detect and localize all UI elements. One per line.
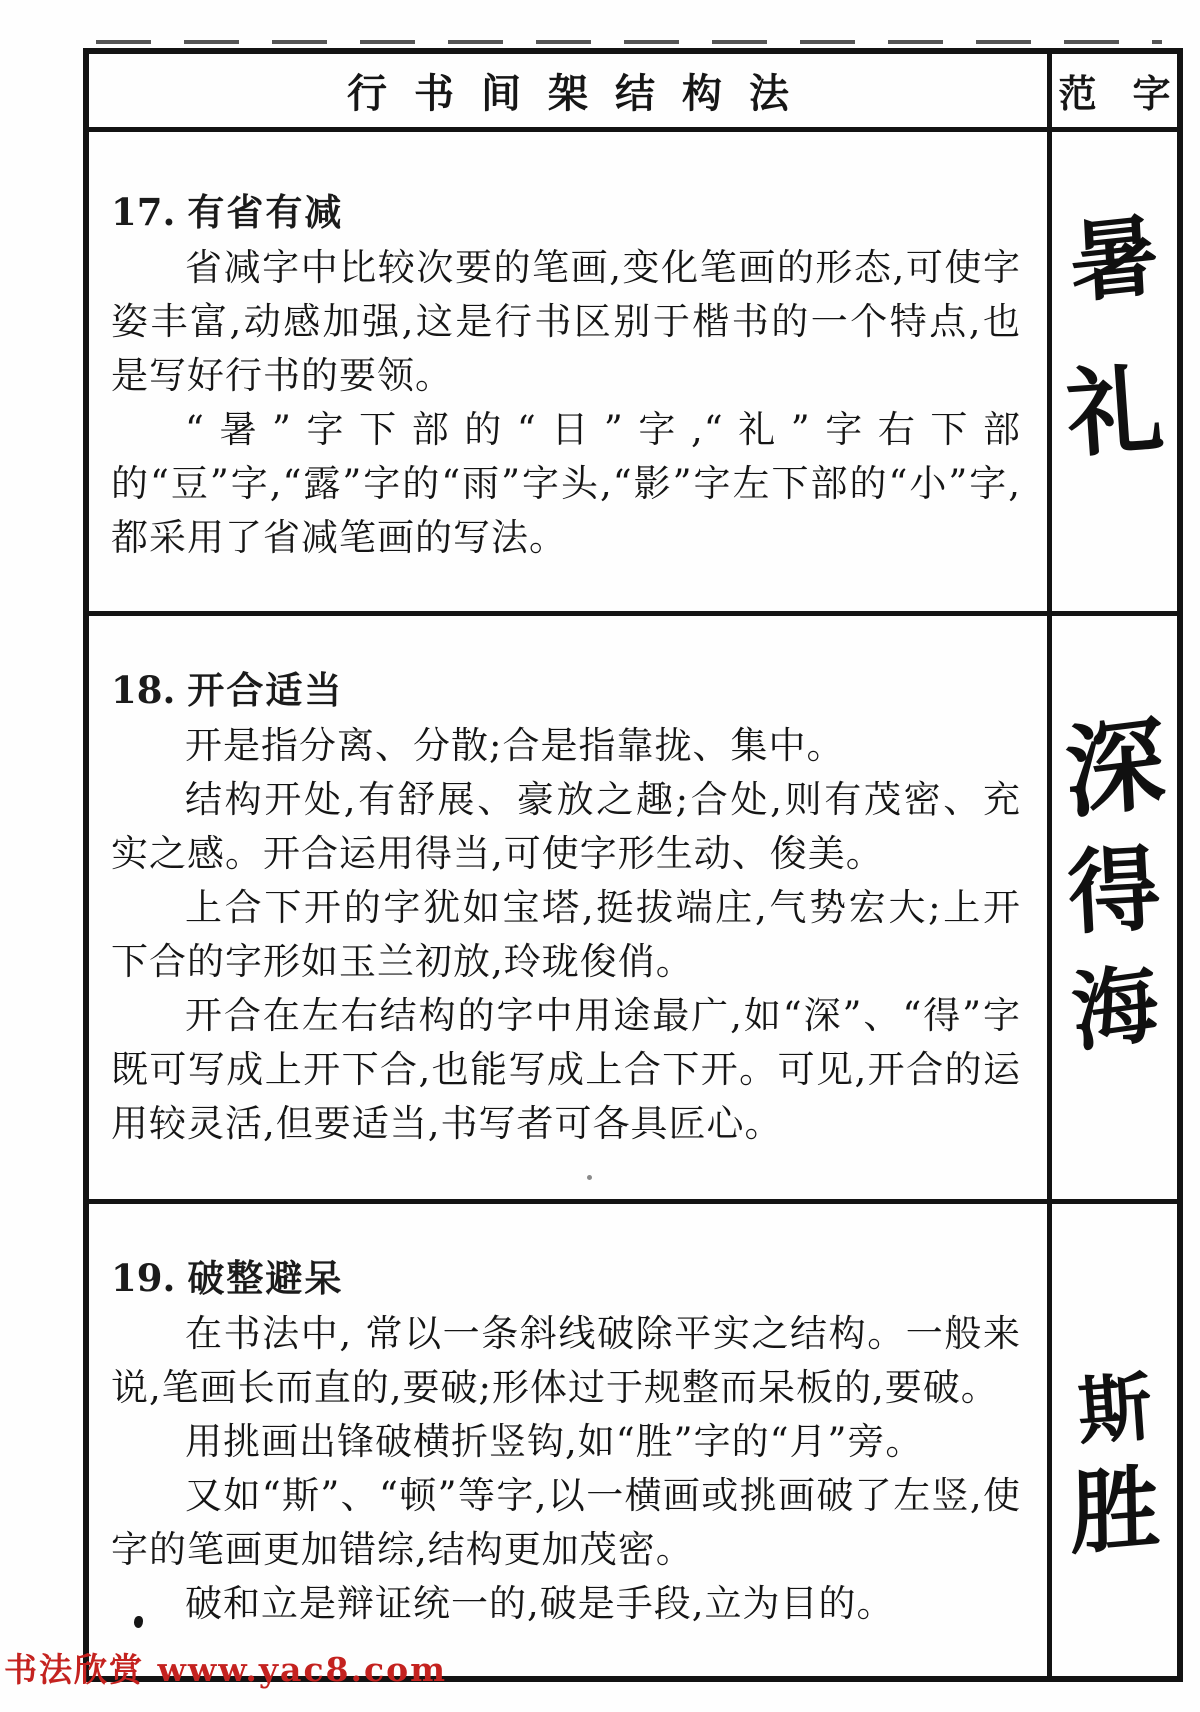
paragraph: 省减字中比较次要的笔画,变化笔画的形态,可使字姿丰富,动感加强,这是行书区别于楷…	[111, 241, 1021, 403]
structure-method-table: 行书间架结构法 范字 17.有省有减 省减字中比较次要的笔画,变化笔画的形态,可…	[83, 48, 1183, 1682]
section-17-example-cell: 暑 礼	[1052, 132, 1177, 611]
paragraph: 又如“斯”、“顿”等字,以一横画或挑画破了左竖,使字的笔画更加错综,结构更加茂密…	[111, 1469, 1021, 1577]
section-number: 19.	[111, 1256, 175, 1300]
calligraphy-example-char: 礼	[1063, 358, 1166, 464]
section-number: 18.	[111, 668, 175, 712]
section-17-row: 17.有省有减 省减字中比较次要的笔画,变化笔画的形态,可使字姿丰富,动感加强,…	[89, 132, 1177, 616]
calligraphy-example-char: 胜	[1069, 1461, 1160, 1563]
section-title: 破整避呆	[187, 1257, 343, 1300]
section-19-content: 19.破整避呆 在书法中, 常以一条斜线破除平实之结构。一般来说,笔画长而直的,…	[89, 1204, 1047, 1631]
page-title: 行书间架结构法	[347, 62, 816, 119]
section-19-row: 19.破整避呆 在书法中, 常以一条斜线破除平实之结构。一般来说,笔画长而直的,…	[89, 1204, 1177, 1676]
calligraphy-example-char: 得	[1066, 842, 1163, 942]
section-18-text-cell: 18.开合适当 开是指分离、分散;合是指靠拢、集中。 结构开处,有舒展、豪放之趣…	[89, 616, 1052, 1199]
paragraph: 上合下开的字犹如宝塔,挺拔端庄,气势宏大;上开下合的字形如玉兰初放,玲珑俊俏。	[111, 881, 1021, 989]
header-right-cell: 范字	[1052, 54, 1177, 127]
header-title-cell: 行书间架结构法	[89, 54, 1052, 127]
paragraph: 用挑画出锋破横折竖钩,如“胜”字的“月”旁。	[111, 1415, 1021, 1469]
section-17-content: 17.有省有减 省减字中比较次要的笔画,变化笔画的形态,可使字姿丰富,动感加强,…	[89, 132, 1047, 565]
paragraph: “暑”字下部的“日”字,“礼”字右下部的“豆”字,“露”字的“雨”字头,“影”字…	[111, 403, 1021, 565]
example-column-label: 范字	[1058, 63, 1200, 118]
section-18-example-cell: 深 得 海	[1052, 616, 1177, 1199]
section-18-row: 18.开合适当 开是指分离、分散;合是指靠拢、集中。 结构开处,有舒展、豪放之趣…	[89, 616, 1177, 1204]
section-18-content: 18.开合适当 开是指分离、分散;合是指靠拢、集中。 结构开处,有舒展、豪放之趣…	[89, 616, 1047, 1151]
section-19-text-cell: 19.破整避呆 在书法中, 常以一条斜线破除平实之结构。一般来说,笔画长而直的,…	[89, 1204, 1052, 1676]
scanned-book-page: 行书间架结构法 范字 17.有省有减 省减字中比较次要的笔画,变化笔画的形态,可…	[0, 0, 1200, 1712]
calligraphy-example-char: 深	[1062, 710, 1167, 826]
section-title: 开合适当	[187, 669, 343, 712]
paragraph: 开是指分离、分散;合是指靠拢、集中。	[111, 719, 1021, 773]
section-title: 有省有减	[187, 191, 343, 234]
site-watermark: 书法欣赏 www.yac8.com	[4, 1644, 447, 1691]
table-header-row: 行书间架结构法 范字	[89, 54, 1177, 132]
section-number: 17.	[111, 190, 175, 234]
calligraphy-example-char: 暑	[1068, 209, 1160, 310]
paragraph: 破和立是辩证统一的,破是手段,立为目的。	[111, 1577, 1021, 1631]
calligraphy-example-char: 海	[1068, 958, 1161, 1059]
paragraph: 在书法中, 常以一条斜线破除平实之结构。一般来说,笔画长而直的,要破;形体过于规…	[111, 1307, 1021, 1415]
section-19-heading: 19.破整避呆	[111, 1254, 1021, 1303]
ink-speck	[587, 1175, 592, 1180]
section-17-text-cell: 17.有省有减 省减字中比较次要的笔画,变化笔画的形态,可使字姿丰富,动感加强,…	[89, 132, 1052, 611]
paragraph: 开合在左右结构的字中用途最广,如“深”、“得”字既可写成上开下合,也能写成上合下…	[111, 989, 1021, 1151]
calligraphy-example-char: 斯	[1075, 1370, 1154, 1452]
section-17-heading: 17.有省有减	[111, 188, 1021, 237]
section-18-heading: 18.开合适当	[111, 666, 1021, 715]
section-19-example-cell: 斯 胜	[1052, 1204, 1177, 1676]
scan-artifact-line	[96, 40, 1162, 44]
paragraph: 结构开处,有舒展、豪放之趣;合处,则有茂密、充实之感。开合运用得当,可使字形生动…	[111, 773, 1021, 881]
